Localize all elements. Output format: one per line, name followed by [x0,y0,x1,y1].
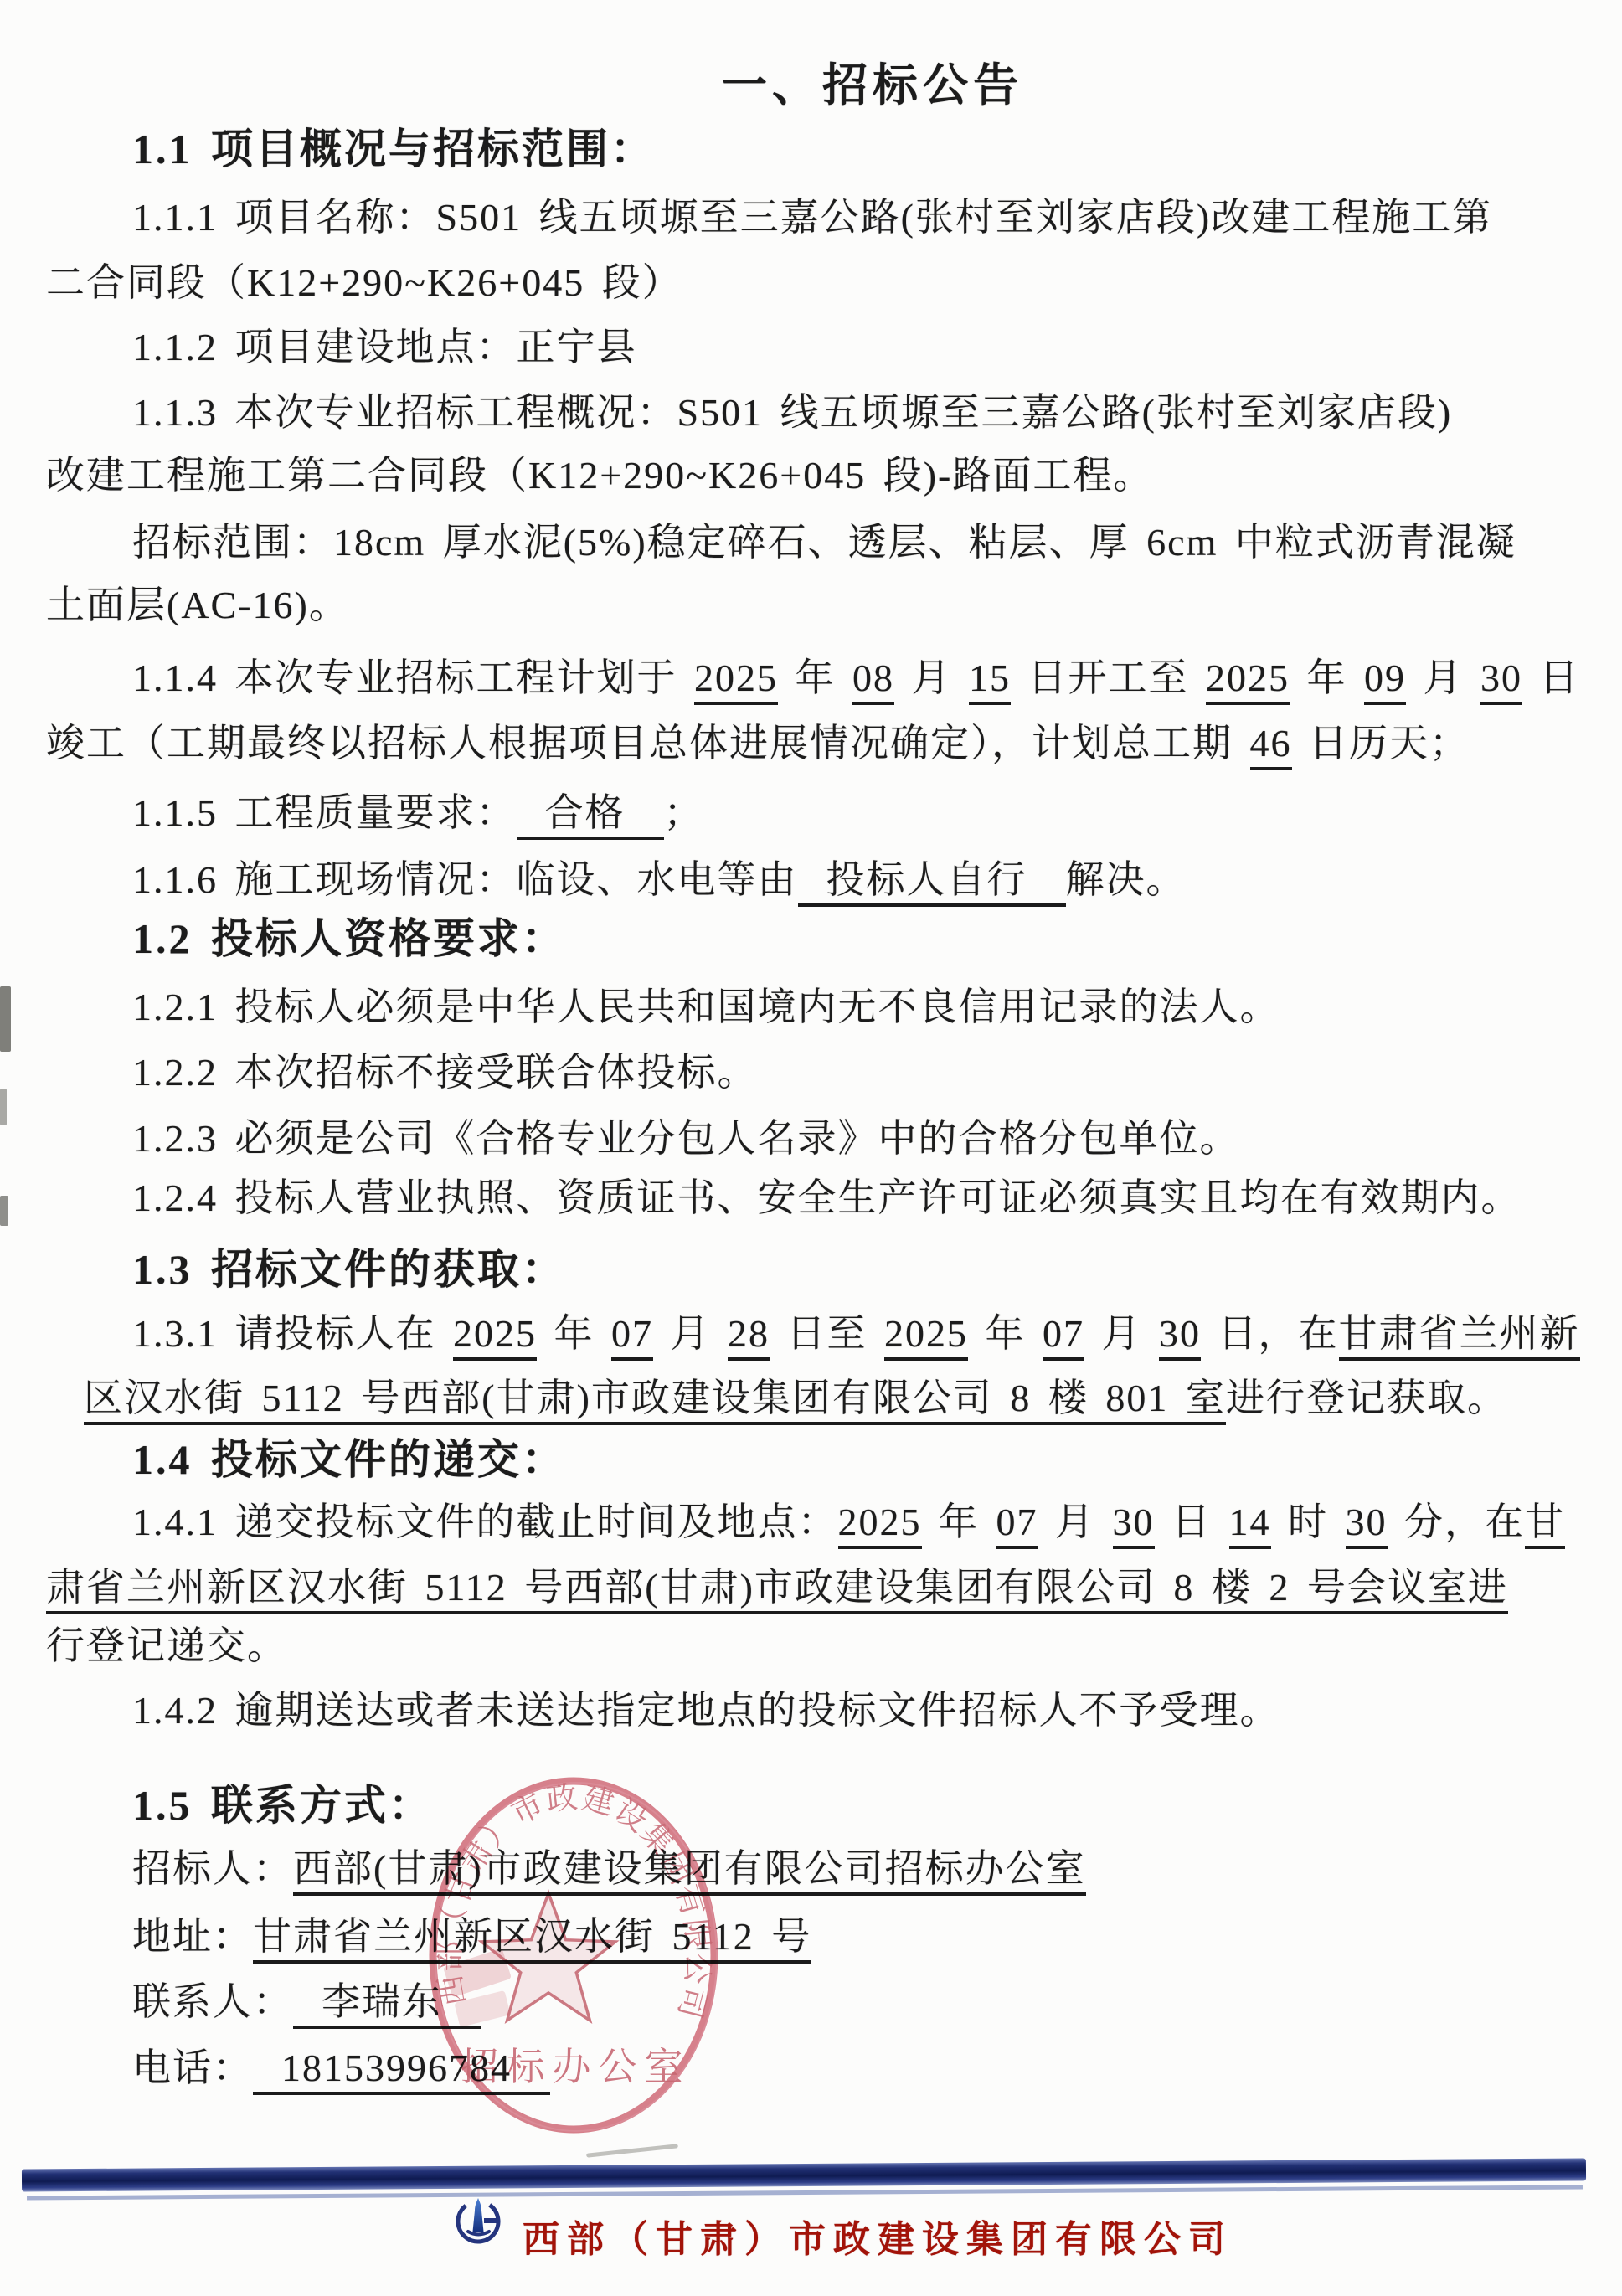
text-segment: 1.5 联系方式： [132,1782,433,1829]
underlined-value: 2025 [694,656,778,705]
para-1-4-1-cont2: 行登记递交。 [46,1624,287,1668]
para-1-3-1-cont: 区汉水街 5112 号西部(甘肃)市政建设集团有限公司 8 楼 801 室进行登… [84,1377,1507,1420]
underlined-value: 30 [1159,1312,1201,1361]
text-segment: 1.2.1 投标人必须是中华人民共和国境内无不良信用记录的法人。 [132,986,1280,1028]
para-1-4-1-cont: 肃省兰州新区汉水街 5112 号西部(甘肃)市政建设集团有限公司 8 楼 2 号… [46,1566,1508,1609]
underlined-value: 区汉水街 5112 号西部(甘肃)市政建设集团有限公司 8 楼 801 室 [84,1377,1226,1425]
text-segment: 1.3 招标文件的获取： [132,1246,566,1293]
underlined-value: 2025 [453,1312,537,1361]
text-segment: 年 [778,656,852,699]
text-segment: 分，在 [1388,1501,1526,1543]
underlined-value: 投标人自行 [798,858,1066,907]
para-1-4-2: 1.4.2 逾期送达或者未送达指定地点的投标文件招标人不予受理。 [132,1689,1280,1732]
text-segment: 时 [1271,1501,1346,1543]
text-segment: 招标范围：18cm 厚水泥(5%)稳定碎石、透层、粘层、厚 6cm 中粒式沥青混… [132,521,1516,564]
para-1-1-2: 1.1.2 项目建设地点：正宁县 [132,326,637,369]
text-segment: 日 [1522,656,1580,699]
text-segment: 地址： [132,1915,253,1958]
text-segment: 1.1.6 施工现场情况：临设、水电等由 [132,858,798,901]
text-segment: 1.3.1 请投标人在 [132,1312,453,1355]
text-segment: 行登记递交。 [46,1624,287,1667]
underlined-value: 2025 [838,1501,922,1549]
text-segment: 1.2.4 投标人营业执照、资质证书、安全生产许可证必须真实且均在有效期内。 [132,1176,1522,1219]
text-segment: 月 [894,656,969,699]
scan-artifact [0,1089,7,1125]
text-segment: 1.2.2 本次招标不接受联合体投标。 [132,1051,758,1094]
para-1-3-1: 1.3.1 请投标人在 2025 年 07 月 28 日至 2025 年 07 … [132,1312,1580,1356]
heading-1-5: 1.5 联系方式： [132,1782,433,1829]
text-segment: 月 [1084,1312,1159,1355]
text-segment: 土面层(AC-16)。 [46,584,349,626]
text-segment: 1.4 投标文件的递交： [132,1436,566,1483]
para-1-1-1-cont: 二合同段（K12+290~K26+045 段） [46,261,682,305]
heading-1-4: 1.4 投标文件的递交： [132,1436,566,1483]
scanned-tender-announcement-page: 一、招标公告1.1 项目概况与招标范围：1.1.1 项目名称：S501 线五顷塬… [0,0,1622,2296]
scan-artifact [0,986,11,1052]
text-segment: 二合同段（K12+290~K26+045 段） [46,261,682,304]
text-segment: 改建工程施工第二合同段（K12+290~K26+045 段)-路面工程。 [46,454,1153,497]
text-segment: 1.1.4 本次专业招标工程计划于 [132,656,694,699]
text-segment: 1.1 项目概况与招标范围： [132,126,655,172]
company-seal-stamp: 西部（甘肃）市政建设集团有限公司 招标办公室 [423,1768,741,2145]
text-segment: 日至 [770,1312,884,1355]
underlined-value: 30 [1346,1501,1388,1549]
text-segment: 解决。 [1066,858,1187,901]
para-1-2-2: 1.2.2 本次招标不接受联合体投标。 [132,1051,758,1094]
underlined-value: 甘肃省兰州新 [1339,1312,1580,1361]
text-segment: 1.2.3 必须是公司《合格专业分包人名录》中的合格分包单位。 [132,1117,1240,1160]
underlined-value: 07 [996,1501,1038,1549]
text-segment: 1.1.3 本次专业招标工程概况：S501 线五顷塬至三嘉公路(张村至刘家店段) [132,391,1452,434]
underlined-value: 2025 [884,1312,968,1361]
para-1-1-5: 1.1.5 工程质量要求：合格； [132,791,704,835]
underlined-value: 09 [1364,656,1406,705]
text-segment: ； [664,791,704,834]
text-segment: 年 [1290,656,1364,699]
para-1-4-1: 1.4.1 递交投标文件的截止时间及地点：2025 年 07 月 30 日 14… [132,1501,1565,1544]
text-segment: 日历天； [1292,722,1470,764]
underlined-value: 28 [728,1312,770,1361]
para-1-1-4-cont: 竣工（工期最终以招标人根据项目总体进展情况确定），计划总工期 46 日历天； [46,722,1470,765]
para-1-1-6: 1.1.6 施工现场情况：临设、水电等由投标人自行解决。 [132,858,1187,902]
doc-title: 一、招标公告 [722,60,1023,111]
text-segment: 日 [1155,1501,1229,1543]
text-segment: 年 [537,1312,611,1355]
text-segment: 电话： [132,2046,253,2089]
underlined-value: 2025 [1206,656,1290,705]
para-1-2-1: 1.2.1 投标人必须是中华人民共和国境内无不良信用记录的法人。 [132,986,1280,1029]
text-segment: 月 [1038,1501,1113,1543]
underlined-value: 08 [852,656,894,705]
underlined-value: 07 [1043,1312,1084,1361]
text-segment: 年 [922,1501,996,1543]
text-segment: 日，在 [1201,1312,1339,1355]
footer-company-name: 西部（甘肃）市政建设集团有限公司 [523,2209,1233,2263]
underlined-value: 30 [1480,656,1522,705]
text-segment: 日开工至 [1011,656,1206,699]
para-scope: 招标范围：18cm 厚水泥(5%)稳定碎石、透层、粘层、厚 6cm 中粒式沥青混… [132,521,1516,564]
para-1-1-4: 1.1.4 本次专业招标工程计划于 2025 年 08 月 15 日开工至 20… [132,656,1580,700]
text-segment: 1.2 投标人资格要求： [132,915,566,962]
heading-1-1: 1.1 项目概况与招标范围： [132,126,655,172]
text-segment: 1.1.5 工程质量要求： [132,791,517,834]
text-segment: 联系人： [132,1980,293,2023]
company-sail-logo-icon [454,2192,502,2246]
underlined-value: 46 [1250,722,1292,770]
text-segment: 竣工（工期最终以招标人根据项目总体进展情况确定），计划总工期 [46,722,1250,764]
underlined-value: 07 [611,1312,653,1361]
heading-1-3: 1.3 招标文件的获取： [132,1246,566,1293]
scan-artifact [0,1196,8,1226]
text-segment: 年 [968,1312,1043,1355]
text-segment: 1.1.2 项目建设地点：正宁县 [132,326,637,368]
text-segment: 月 [653,1312,728,1355]
underlined-value: 15 [969,656,1011,705]
text-segment: 一、招标公告 [722,60,1023,111]
para-scope-cont: 土面层(AC-16)。 [46,584,349,627]
seal-office-label: 招标办公室 [461,2046,691,2088]
text-segment: 1.4.1 递交投标文件的截止时间及地点： [132,1501,838,1543]
text-segment: 月 [1406,656,1480,699]
para-1-2-4: 1.2.4 投标人营业执照、资质证书、安全生产许可证必须真实且均在有效期内。 [132,1176,1522,1220]
text-segment: 1.1.1 项目名称：S501 线五顷塬至三嘉公路(张村至刘家店段)改建工程施工… [132,196,1492,239]
underlined-value: 甘 [1525,1501,1565,1549]
underlined-value: 30 [1113,1501,1155,1549]
para-1-1-3-cont: 改建工程施工第二合同段（K12+290~K26+045 段)-路面工程。 [46,454,1153,497]
scan-artifact [586,2144,678,2157]
underlined-value: 合格 [517,791,664,840]
para-1-1-1: 1.1.1 项目名称：S501 线五顷塬至三嘉公路(张村至刘家店段)改建工程施工… [132,196,1492,239]
heading-1-2: 1.2 投标人资格要求： [132,915,566,962]
underlined-value: 肃省兰州新区汉水街 5112 号西部(甘肃)市政建设集团有限公司 8 楼 2 号… [46,1566,1508,1614]
underlined-value: 14 [1229,1501,1271,1549]
text-segment: 招标人： [132,1847,293,1890]
para-1-2-3: 1.2.3 必须是公司《合格专业分包人名录》中的合格分包单位。 [132,1117,1240,1161]
text-segment: 进行登记获取。 [1226,1377,1507,1419]
para-1-1-3: 1.1.3 本次专业招标工程概况：S501 线五顷塬至三嘉公路(张村至刘家店段) [132,391,1452,435]
text-segment: 1.4.2 逾期送达或者未送达指定地点的投标文件招标人不予受理。 [132,1689,1280,1732]
